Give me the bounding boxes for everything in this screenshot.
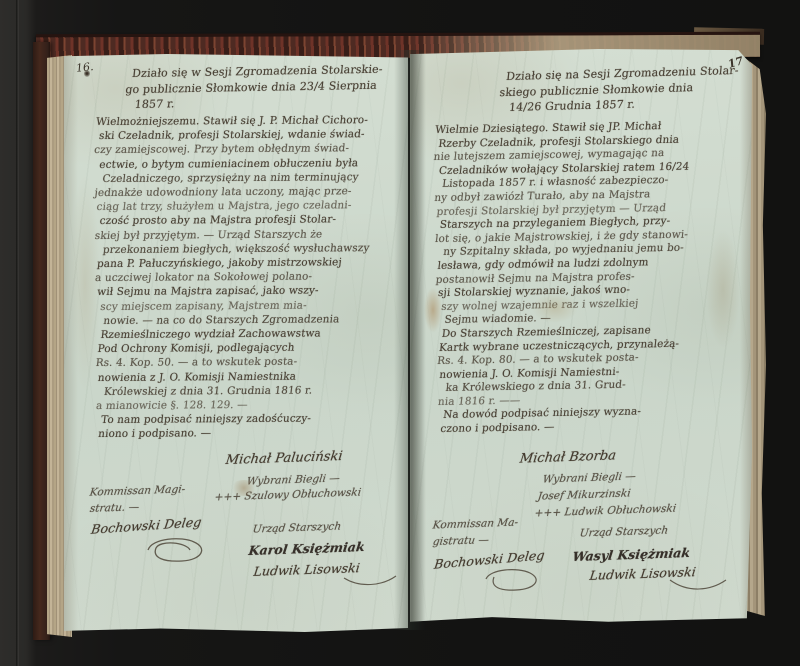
commissioner-note-line1: Kommissan Ma- xyxy=(432,517,519,532)
left-page: 16. Działo się w Sesji Zgromadzenia Stol… xyxy=(64,54,408,632)
right-page: 17 Działo się na Sesji Zgromadzeniu Stol… xyxy=(410,49,752,624)
ink-blot xyxy=(84,70,90,77)
commissioner-note-line1: Kommissan Magi- xyxy=(89,483,186,498)
signature-elder-board: Urząd Starszych xyxy=(252,520,342,535)
signature-elder-1: Wasyl Księżmiak xyxy=(572,545,691,564)
signature-master: Michał Paluciński xyxy=(225,449,344,468)
commissioner-signature: Bochowski Deleg xyxy=(90,514,202,537)
photo-background: 16. Działo się w Sesji Zgromadzenia Stol… xyxy=(0,0,800,666)
manuscript-line: czy zamiejscowej. Przy bytem obłędnym św… xyxy=(93,141,403,157)
right-page-body: Wielmie Dziesiątego. Stawił się JP. Mich… xyxy=(435,119,740,437)
signature-master: Michał Bzorba xyxy=(519,448,617,466)
manuscript-line: niono i podpisano. — xyxy=(97,425,405,441)
left-page-gutter-shade xyxy=(64,54,78,632)
left-page-heading: Działo się w Sesji Zgromadzenia Stolarsk… xyxy=(132,61,401,112)
signature-elder-1: Karol Księżmiak xyxy=(248,539,366,558)
background-ridge xyxy=(16,0,19,666)
signature-role: Wybrani Biegli — xyxy=(246,472,340,487)
signature-witness-1: Josef Mikurzinski xyxy=(537,487,631,502)
book-gutter-shadow xyxy=(394,50,426,630)
signature-role: Wybrani Biegli — xyxy=(542,470,636,485)
manuscript-line: 1857 r. xyxy=(134,92,402,112)
signature-witness-marks: +++ Szulowy Obłuchowski xyxy=(214,486,362,503)
signature-elder-board: Urząd Starszych xyxy=(579,524,669,539)
manuscript-line: czość prosto aby na Majstra profesji Sto… xyxy=(99,212,404,228)
signature-flourish xyxy=(342,574,398,588)
right-page-heading: Działo się na Sesji Zgromadzeniu Stolar-… xyxy=(506,63,745,116)
signature-witness-2: +++ Ludwik Obłuchowski xyxy=(534,503,677,520)
left-page-body: Wielmożniejszemu. Stawił się J. P. Micha… xyxy=(96,113,404,442)
signature-flourish xyxy=(668,577,728,593)
signature-flourish xyxy=(482,567,548,593)
commissioner-note-line2: stratu. — xyxy=(89,501,140,515)
commissioner-note-line2: gistratu — xyxy=(432,534,490,548)
signature-flourish xyxy=(142,536,216,564)
